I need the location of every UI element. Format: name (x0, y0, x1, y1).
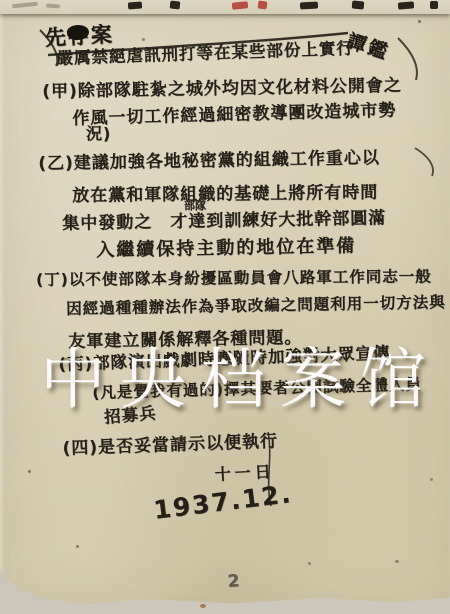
cutoff-character-fragment (430, 1, 438, 9)
cutoff-character-fragment (300, 2, 318, 10)
paper-speck (200, 604, 206, 608)
red-mark-fragment (257, 0, 267, 9)
page-number: 2 (227, 571, 241, 592)
manuscript-line-emphasis: 入繼續保持主動的地位在準備 (96, 231, 356, 262)
faint-pencil-mark (12, 2, 38, 9)
red-mark-fragment (232, 1, 249, 10)
faint-pencil-mark (46, 4, 60, 9)
manuscript-line: 招募兵 (103, 399, 157, 427)
paper-speck (142, 38, 145, 41)
cutoff-character-fragment (352, 0, 365, 9)
insertion-note: 部隊 (184, 197, 206, 213)
paper-speck (308, 562, 311, 565)
scanned-archive-document: 先存案 譚鑑 嚴厲禁絕虐訊刑打等在某些部份上實行 (甲)除部隊駐紮之城外均因文化… (0, 0, 450, 614)
manuscript-line: 放在黨和軍隊組織的基礎上將所有時間 (72, 178, 378, 206)
paper-speck (395, 560, 399, 563)
manuscript-line: 況) (86, 121, 111, 144)
paper-speck (418, 20, 421, 23)
cutoff-character-fragment (128, 2, 142, 10)
cutoff-character-fragment (398, 1, 415, 9)
paper-speck (430, 478, 433, 481)
manuscript-line: (丁)以不使部隊本身紛擾區動員會八路軍工作同志一般 (36, 265, 432, 290)
paper-speck (28, 470, 31, 473)
previous-page-edge (0, 0, 450, 14)
paper-speck (76, 545, 79, 548)
cutoff-character-fragment (170, 0, 181, 9)
